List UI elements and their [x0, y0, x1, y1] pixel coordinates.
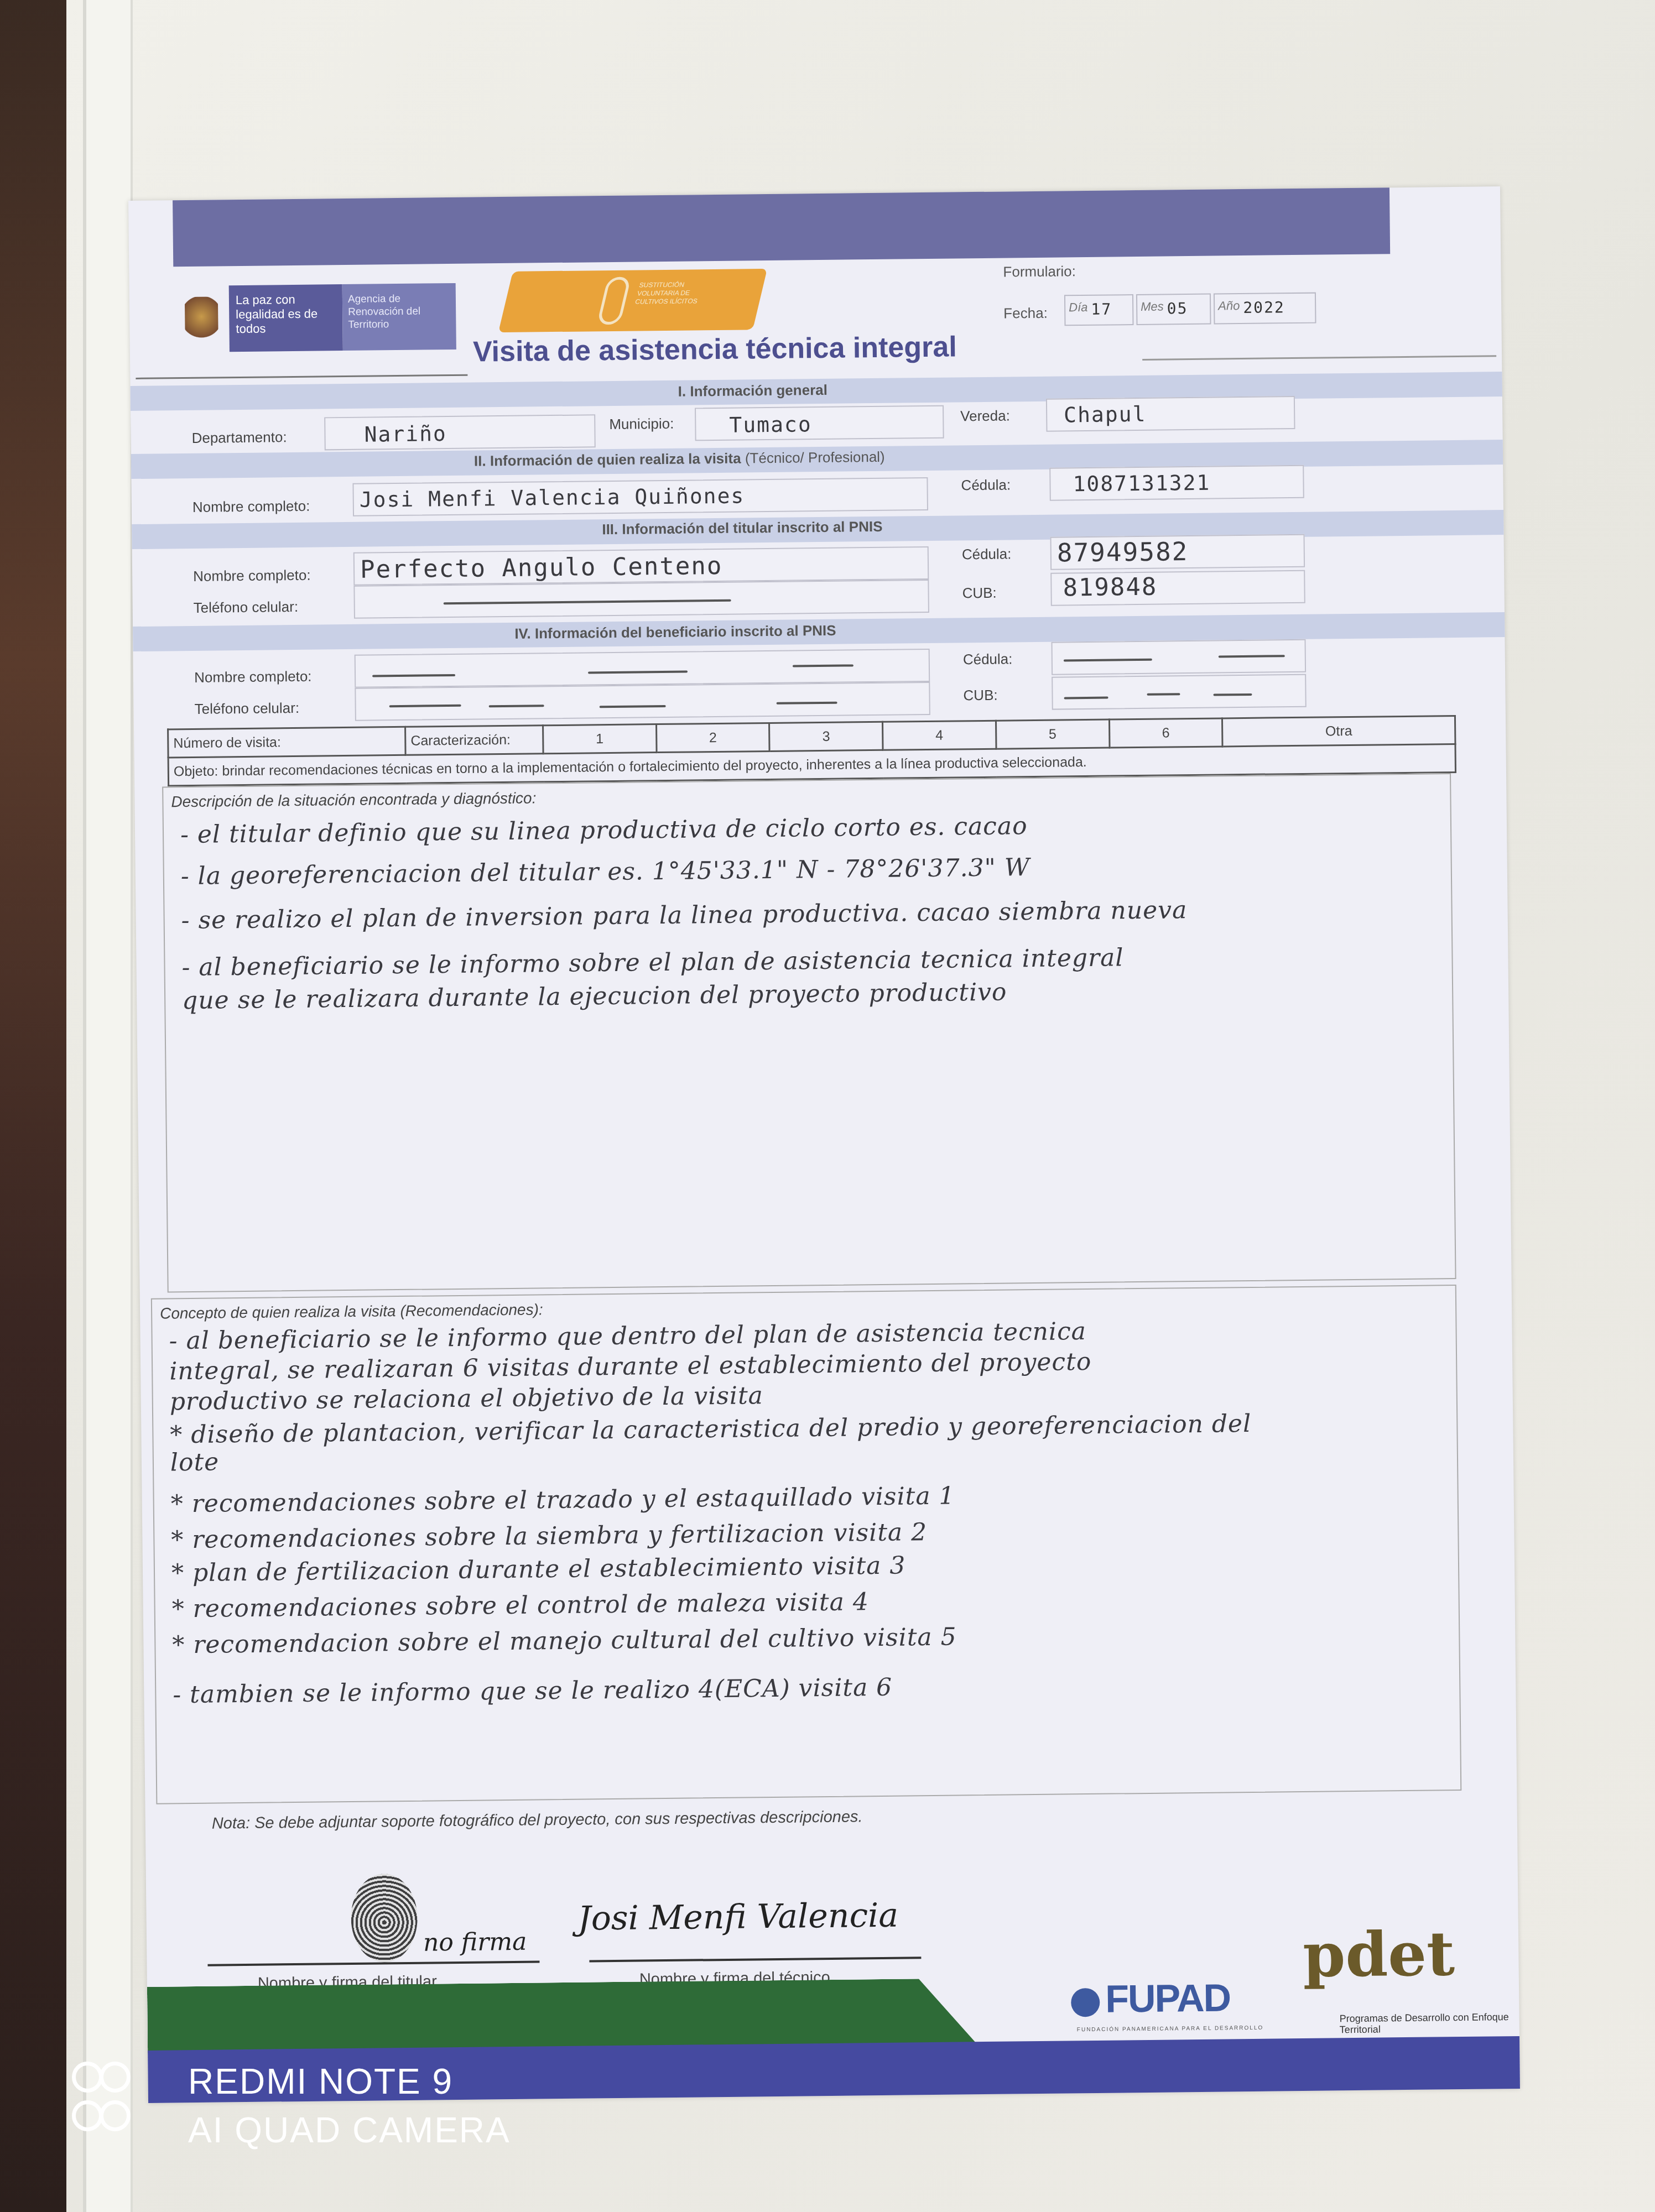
section-2-subtitle: (Técnico/ Profesional): [745, 448, 885, 467]
descripcion-line: - el titular definio que su linea produc…: [180, 812, 1028, 849]
tecnico-cedula-value: 1087131321: [1073, 471, 1210, 497]
fingerprint-icon: [351, 1874, 418, 1963]
concepto-title: Concepto de quien realiza la visita (Rec…: [160, 1301, 543, 1322]
visit-option-2[interactable]: 2: [656, 723, 769, 752]
date-month-field[interactable]: Mes05: [1136, 294, 1211, 325]
month-value: 05: [1167, 299, 1188, 317]
section-2-title: II. Información de quien realiza la visi…: [474, 450, 741, 469]
descripcion-title: Descripción de la situación encontrada y…: [171, 789, 536, 811]
camera-watermark-line2: AI QUAD CAMERA: [188, 2106, 511, 2154]
background-dark-surface: [0, 0, 66, 2212]
descripcion-panel[interactable]: Descripción de la situación encontrada y…: [162, 773, 1456, 1292]
section-3-heading: III. Información del titular inscrito al…: [602, 518, 882, 538]
beneficiario-nombre-label: Nombre completo:: [194, 668, 312, 686]
fupad-logo-text: FUPAD: [1105, 1976, 1231, 2020]
concepto-line: * recomendaciones sobre la siembra y fer…: [171, 1518, 927, 1554]
formulario-label: Formulario:: [1003, 263, 1076, 280]
concepto-line: productivo se relaciona el objetivo de l…: [170, 1381, 764, 1416]
beneficiario-telefono-label: Teléfono celular:: [195, 700, 300, 718]
tecnico-signature: Josi Menfi Valencia: [577, 1896, 898, 1938]
globe-icon: [1071, 1987, 1100, 2017]
visit-option-5[interactable]: 5: [996, 719, 1109, 749]
strikeout-scribble: [444, 599, 731, 604]
tecnico-cedula-label: Cédula:: [961, 476, 1011, 494]
bottom-green-band: [147, 1978, 977, 2053]
year-label: Año: [1218, 299, 1240, 312]
camera-watermark: REDMI NOTE 9 AI QUAD CAMERA: [188, 2057, 511, 2154]
colombia-coat-of-arms-icon: [185, 296, 218, 347]
departamento-value: Nariño: [364, 421, 447, 447]
beneficiario-nombre-field[interactable]: [355, 649, 930, 688]
strikeout-scribble: [600, 705, 666, 708]
strikeout-scribble: [1147, 693, 1180, 696]
government-logo: La paz con legalidad es de todos Agencia…: [229, 283, 456, 352]
pnis-logo: SUSTITUCIÓN VOLUNTARIA DE CULTIVOS ILÍCI…: [498, 269, 767, 332]
titular-nombre-field[interactable]: Perfecto Angulo Centeno: [353, 546, 929, 586]
title-rule-right: [1142, 355, 1496, 361]
spiral-icon: [597, 277, 632, 325]
strikeout-scribble: [1213, 693, 1252, 696]
nota-text: Nota: Se debe adjuntar soporte fotográfi…: [212, 1808, 863, 1833]
titular-signature: no firma: [423, 1928, 527, 1957]
year-value: 2022: [1243, 298, 1285, 317]
visit-option-3[interactable]: 3: [769, 722, 883, 751]
top-color-band: [173, 187, 1390, 267]
descripcion-line: - se realizo el plan de inversion para l…: [181, 896, 1187, 935]
date-day-field[interactable]: Día17: [1064, 294, 1134, 326]
day-value: 17: [1091, 300, 1112, 318]
municipio-value: Tumaco: [729, 412, 812, 437]
municipio-field[interactable]: Tumaco: [695, 405, 944, 441]
strikeout-scribble: [489, 705, 544, 707]
concepto-panel[interactable]: Concepto de quien realiza la visita (Rec…: [151, 1285, 1461, 1804]
strikeout-scribble: [372, 674, 455, 677]
section-1-heading: I. Información general: [678, 382, 827, 400]
tecnico-cedula-field[interactable]: 1087131321: [1049, 465, 1304, 501]
caracterizacion-checkbox[interactable]: Caracterización:: [405, 726, 544, 755]
titular-cub-label: CUB:: [962, 585, 996, 602]
municipio-label: Municipio:: [609, 415, 674, 433]
vereda-value: Chapul: [1064, 402, 1147, 427]
titular-telefono-label: Teléfono celular:: [194, 598, 299, 617]
fupad-subtitle: FUNDACIÓN PANAMERICANA PARA EL DESARROLL…: [1077, 2025, 1264, 2033]
paper-form: La paz con legalidad es de todos Agencia…: [128, 186, 1520, 2103]
descripcion-line: - al beneficiario se le informo sobre el…: [181, 943, 1123, 982]
beneficiario-telefono-field[interactable]: [355, 682, 930, 721]
month-label: Mes: [1141, 299, 1164, 313]
beneficiario-cedula-label: Cédula:: [963, 650, 1013, 668]
titular-nombre-label: Nombre completo:: [193, 567, 311, 585]
tecnico-nombre-field[interactable]: Josi Menfi Valencia Quiñones: [352, 477, 928, 517]
concepto-line: - tambien se le informo que se le realiz…: [173, 1673, 892, 1709]
titular-cedula-value: 87949582: [1057, 536, 1189, 567]
concepto-line: * recomendaciones sobre el control de ma…: [171, 1588, 869, 1623]
fupad-logo: FUPAD: [1071, 1975, 1231, 2021]
logo-art-text: Agencia de Renovación del Territorio: [342, 283, 456, 351]
concepto-line: * diseño de plantacion, verificar la car…: [170, 1410, 1251, 1449]
numero-visita-label: Número de visita:: [168, 727, 406, 757]
strikeout-scribble: [588, 671, 688, 674]
tray-rim: [83, 0, 133, 2212]
logo-paz-text: La paz con legalidad es de todos: [229, 284, 343, 352]
concepto-line: lote: [170, 1448, 220, 1477]
pdet-subtitle: Programas de Desarrollo con Enfoque Terr…: [1339, 2011, 1519, 2035]
strikeout-scribble: [777, 702, 837, 705]
descripcion-line: - la georeferenciacion del titular es. 1…: [181, 853, 1031, 890]
tecnico-nombre-label: Nombre completo:: [192, 498, 310, 516]
concepto-line: * recomendaciones sobre el trazado y el …: [170, 1482, 955, 1519]
beneficiario-cub-field[interactable]: [1052, 674, 1307, 710]
titular-nombre-value: Perfecto Angulo Centeno: [360, 552, 723, 584]
descripcion-line: que se le realizara durante la ejecucion…: [182, 978, 1007, 1015]
tecnico-signature-line: [589, 1957, 921, 1962]
titular-cedula-field[interactable]: 87949582: [1050, 534, 1305, 570]
camera-watermark-line1: REDMI NOTE 9: [188, 2057, 511, 2106]
tecnico-nombre-value: Josi Menfi Valencia Quiñones: [360, 483, 745, 512]
form-title: Visita de asistencia técnica integral: [473, 330, 957, 368]
camera-watermark-icon: [72, 2062, 111, 2139]
strikeout-scribble: [1064, 697, 1108, 700]
titular-signature-line: [207, 1960, 539, 1966]
day-label: Día: [1069, 300, 1088, 314]
beneficiario-cub-label: CUB:: [963, 687, 997, 705]
strikeout-scribble: [793, 664, 853, 667]
concepto-line: * plan de fertilizacion durante el estab…: [171, 1551, 906, 1587]
fecha-label: Fecha:: [1003, 305, 1048, 322]
pnis-logo-text: SUSTITUCIÓN VOLUNTARIA DE CULTIVOS ILÍCI…: [634, 280, 712, 306]
titular-cedula-label: Cédula:: [962, 545, 1012, 563]
strikeout-scribble: [1219, 655, 1285, 658]
departamento-label: Departamento:: [191, 429, 287, 447]
beneficiario-cedula-field[interactable]: [1052, 639, 1307, 675]
vereda-label: Vereda:: [960, 407, 1010, 425]
vereda-field[interactable]: Chapul: [1046, 396, 1295, 432]
visit-option-4[interactable]: 4: [883, 721, 996, 750]
titular-telefono-field[interactable]: [353, 580, 929, 619]
section-4-heading: IV. Información del beneficiario inscrit…: [514, 622, 836, 643]
date-year-field[interactable]: Año2022: [1214, 293, 1316, 325]
visit-option-otra[interactable]: Otra: [1222, 716, 1455, 747]
pdet-logo: pdet: [1303, 1918, 1455, 1991]
titular-cub-value: 819848: [1063, 573, 1157, 602]
titular-cub-field[interactable]: 819848: [1050, 570, 1305, 606]
title-rule-left: [136, 374, 467, 379]
visit-option-1[interactable]: 1: [543, 724, 657, 754]
departamento-field[interactable]: Nariño: [324, 414, 596, 450]
strikeout-scribble: [1064, 659, 1152, 662]
visit-option-6[interactable]: 6: [1109, 718, 1222, 748]
concepto-line: * recomendacion sobre el manejo cultural…: [172, 1623, 957, 1660]
strikeout-scribble: [389, 705, 461, 707]
